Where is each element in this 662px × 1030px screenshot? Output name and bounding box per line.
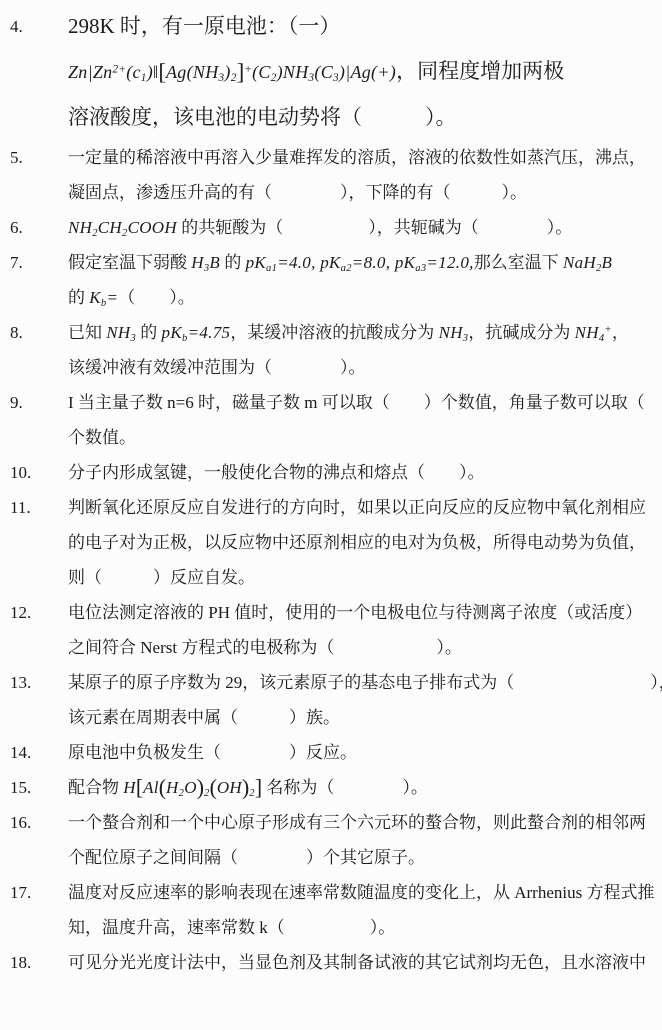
question-text: 电位法测定溶液的 PH 值时，使用的一个电极电位与待测离子浓度（或活度）之间符合… (68, 595, 650, 665)
exam-document: 4. 298K 时，有一原电池：（一）Zn|Zn2+(c1)‖[Ag(NH3)2… (0, 0, 662, 980)
question-line: 原电池中负极发生（ ）反应。 (68, 735, 650, 770)
question-phrase: 一个螯合剂和一个中心原子形成有三个六元环的螯合物，则此螯合剂的相邻两 (68, 813, 646, 832)
question-phrase: 配合物 (68, 778, 123, 797)
question-line: 温度对反应速率的影响表现在速率常数随温度的变化上，从 Arrhenius 方程式… (68, 875, 650, 910)
question-line: 分子内形成氢键，一般使化合物的沸点和熔点（ ）。 (68, 455, 650, 490)
chem-formula: NH3 (106, 323, 136, 342)
question-phrase: 名称为（ ）。 (262, 778, 428, 797)
question-text: 配合物 H[Al(H2O)2(OH)2] 名称为（ ）。 (68, 770, 650, 805)
question-item: 6. NH2CH2COOH 的共轭酸为（ ），共轭碱为（ ）。 (10, 210, 650, 245)
question-text: 原电池中负极发生（ ）反应。 (68, 735, 650, 770)
question-phrase: ，同程度增加两极 (396, 59, 564, 83)
question-item: 14. 原电池中负极发生（ ）反应。 (10, 735, 650, 770)
question-phrase: 的 (68, 288, 89, 307)
question-number: 11. (10, 490, 68, 595)
question-item: 13. 某原子的原子序数为 29，该元素原子的基态电子排布式为（ ），该元素在周… (10, 665, 650, 735)
question-item: 15. 配合物 H[Al(H2O)2(OH)2] 名称为（ ）。 (10, 770, 650, 805)
question-line: 一定量的稀溶液中再溶入少量难挥发的溶质，溶液的依数性如蒸汽压，沸点， (68, 140, 650, 175)
question-phrase: 分子内形成氢键，一般使化合物的沸点和熔点（ ）。 (68, 463, 485, 482)
question-item: 17. 温度对反应速率的影响表现在速率常数随温度的变化上，从 Arrhenius… (10, 875, 650, 945)
question-line: I 当主量子数 n=6 时，磁量子数 m 可以取（ ）个数值，角量子数可以取（ … (68, 385, 650, 420)
question-line: 个配位原子之间间隔（ ）个其它原子。 (68, 840, 650, 875)
question-phrase: 温度对反应速率的影响表现在速率常数随温度的变化上，从 Arrhenius 方程式… (68, 883, 654, 902)
question-phrase: ， (612, 323, 629, 342)
question-phrase: 该元素在周期表中属（ ）族。 (68, 708, 340, 727)
question-line: Zn|Zn2+(c1)‖[Ag(NH3)2]+(C2)NH3(C3)|Ag(+)… (68, 49, 650, 95)
question-item: 10. 分子内形成氢键，一般使化合物的沸点和熔点（ ）。 (10, 455, 650, 490)
question-number: 13. (10, 665, 68, 735)
question-text: 温度对反应速率的影响表现在速率常数随温度的变化上，从 Arrhenius 方程式… (68, 875, 650, 945)
question-line: 电位法测定溶液的 PH 值时，使用的一个电极电位与待测离子浓度（或活度） (68, 595, 650, 630)
question-line: 则（ ）反应自发。 (68, 560, 650, 595)
question-item: 11. 判断氧化还原反应自发进行的方向时，如果以正向反应的反应物中氧化剂相应的电… (10, 490, 650, 595)
question-phrase: 假定室温下弱酸 (68, 253, 191, 272)
question-line: 的电子对为正极，以反应物中还原剂相应的电对为负极，所得电动势为负值， (68, 525, 650, 560)
chem-formula: Zn|Zn2+(c1)‖[Ag(NH3)2]+(C2)NH3(C3)|Ag(+) (68, 62, 396, 82)
question-item: 8. 已知 NH3 的 pKb=4.75，某缓冲溶液的抗酸成分为 NH3，抗碱成… (10, 315, 650, 385)
question-phrase: 298K 时，有一原电池：（一） (68, 14, 340, 38)
question-phrase: ，抗碱成分为 (468, 323, 574, 342)
question-number: 5. (10, 140, 68, 210)
question-number: 8. (10, 315, 68, 385)
question-number: 7. (10, 245, 68, 315)
chem-formula: NH4+ (575, 323, 612, 342)
question-text: NH2CH2COOH 的共轭酸为（ ），共轭碱为（ ）。 (68, 210, 650, 245)
question-list: 4. 298K 时，有一原电池：（一）Zn|Zn2+(c1)‖[Ag(NH3)2… (10, 4, 650, 980)
question-text: 某原子的原子序数为 29，该元素原子的基态电子排布式为（ ），该元素在周期表中属… (68, 665, 650, 735)
question-phrase: 知，温度升高，速率常数 k（ ）。 (68, 918, 395, 937)
question-line: 溶液酸度，该电池的电动势将（ ）。 (68, 95, 650, 140)
question-phrase: 个配位原子之间间隔（ ）个其它原子。 (68, 848, 425, 867)
question-number: 17. (10, 875, 68, 945)
question-line: 假定室温下弱酸 H3B 的 pKa1=4.0, pKa2=8.0, pKa3=1… (68, 245, 650, 280)
question-text: 298K 时，有一原电池：（一）Zn|Zn2+(c1)‖[Ag(NH3)2]+(… (68, 4, 650, 140)
question-phrase: 的 (220, 253, 246, 272)
question-text: 判断氧化还原反应自发进行的方向时，如果以正向反应的反应物中氧化剂相应的电子对为正… (68, 490, 650, 595)
question-line: 知，温度升高，速率常数 k（ ）。 (68, 910, 650, 945)
question-line: 判断氧化还原反应自发进行的方向时，如果以正向反应的反应物中氧化剂相应 (68, 490, 650, 525)
question-phrase: 个数值。 (68, 428, 136, 447)
question-phrase: 之间符合 Nerst 方程式的电极称为（ ）。 (68, 638, 462, 657)
question-line: 配合物 H[Al(H2O)2(OH)2] 名称为（ ）。 (68, 770, 650, 805)
chem-formula: pKb=4.75 (162, 323, 231, 342)
question-line: 凝固点，渗透压升高的有（ ），下降的有（ ）。 (68, 175, 650, 210)
chem-formula: NH3 (439, 323, 469, 342)
question-phrase: 原电池中负极发生（ ）反应。 (68, 743, 357, 762)
question-phrase: 那么室温下 (474, 253, 563, 272)
question-text: 可见分光光度计法中，当显色剂及其制备试液的其它试剂均无色，且水溶液中 (68, 945, 650, 980)
question-item: 16. 一个螯合剂和一个中心原子形成有三个六元环的螯合物，则此螯合剂的相邻两个配… (10, 805, 650, 875)
question-item: 12. 电位法测定溶液的 PH 值时，使用的一个电极电位与待测离子浓度（或活度）… (10, 595, 650, 665)
question-text: 假定室温下弱酸 H3B 的 pKa1=4.0, pKa2=8.0, pKa3=1… (68, 245, 650, 315)
question-text: 已知 NH3 的 pKb=4.75，某缓冲溶液的抗酸成分为 NH3，抗碱成分为 … (68, 315, 650, 385)
question-item: 18. 可见分光光度计法中，当显色剂及其制备试液的其它试剂均无色，且水溶液中 (10, 945, 650, 980)
question-phrase: 的共轭酸为（ ），共轭碱为（ ）。 (177, 218, 572, 237)
question-phrase: 则（ ）反应自发。 (68, 568, 255, 587)
question-line: 可见分光光度计法中，当显色剂及其制备试液的其它试剂均无色，且水溶液中 (68, 945, 650, 980)
question-line: 该缓冲液有效缓冲范围为（ ）。 (68, 350, 650, 385)
question-text: I 当主量子数 n=6 时，磁量子数 m 可以取（ ）个数值，角量子数可以取（ … (68, 385, 650, 455)
question-line: 某原子的原子序数为 29，该元素原子的基态电子排布式为（ ）， (68, 665, 650, 700)
question-line: 之间符合 Nerst 方程式的电极称为（ ）。 (68, 630, 650, 665)
question-phrase: （ ）。 (118, 288, 195, 307)
chem-formula: NH2CH2COOH (68, 218, 177, 237)
question-line: 一个螯合剂和一个中心原子形成有三个六元环的螯合物，则此螯合剂的相邻两 (68, 805, 650, 840)
question-phrase: 判断氧化还原反应自发进行的方向时，如果以正向反应的反应物中氧化剂相应 (68, 498, 646, 517)
question-phrase: 凝固点，渗透压升高的有（ ），下降的有（ ）。 (68, 183, 527, 202)
question-number: 14. (10, 735, 68, 770)
question-number: 16. (10, 805, 68, 875)
question-phrase: 溶液酸度，该电池的电动势将（ ）。 (68, 105, 457, 129)
chem-formula: Kb= (89, 288, 118, 307)
chem-formula: H3B (191, 253, 220, 272)
question-number: 15. (10, 770, 68, 805)
question-number: 12. (10, 595, 68, 665)
question-phrase: 的电子对为正极，以反应物中还原剂相应的电对为负极，所得电动势为负值， (68, 533, 646, 552)
chem-formula: H[Al(H2O)2(OH)2] (123, 778, 262, 797)
question-phrase: 的 (136, 323, 162, 342)
question-phrase: 已知 (68, 323, 106, 342)
question-number: 4. (10, 4, 68, 140)
question-item: 7. 假定室温下弱酸 H3B 的 pKa1=4.0, pKa2=8.0, pKa… (10, 245, 650, 315)
question-number: 6. (10, 210, 68, 245)
question-phrase: 电位法测定溶液的 PH 值时，使用的一个电极电位与待测离子浓度（或活度） (68, 603, 642, 622)
question-line: 已知 NH3 的 pKb=4.75，某缓冲溶液的抗酸成分为 NH3，抗碱成分为 … (68, 315, 650, 350)
question-number: 10. (10, 455, 68, 490)
question-number: 9. (10, 385, 68, 455)
question-text: 一定量的稀溶液中再溶入少量难挥发的溶质，溶液的依数性如蒸汽压，沸点，凝固点，渗透… (68, 140, 650, 210)
question-text: 分子内形成氢键，一般使化合物的沸点和熔点（ ）。 (68, 455, 650, 490)
question-line: 的 Kb=（ ）。 (68, 280, 650, 315)
question-line: 298K 时，有一原电池：（一） (68, 4, 650, 49)
question-phrase: 某原子的原子序数为 29，该元素原子的基态电子排布式为（ ）， (68, 673, 662, 692)
question-number: 18. (10, 945, 68, 980)
question-phrase: 一定量的稀溶液中再溶入少量难挥发的溶质，溶液的依数性如蒸汽压，沸点， (68, 148, 646, 167)
question-text: 一个螯合剂和一个中心原子形成有三个六元环的螯合物，则此螯合剂的相邻两个配位原子之… (68, 805, 650, 875)
question-line: NH2CH2COOH 的共轭酸为（ ），共轭碱为（ ）。 (68, 210, 650, 245)
question-phrase: 该缓冲液有效缓冲范围为（ ）。 (68, 358, 366, 377)
question-line: 个数值。 (68, 420, 650, 455)
question-item: 5. 一定量的稀溶液中再溶入少量难挥发的溶质，溶液的依数性如蒸汽压，沸点，凝固点… (10, 140, 650, 210)
question-phrase: 可见分光光度计法中，当显色剂及其制备试液的其它试剂均无色，且水溶液中 (68, 953, 646, 972)
question-phrase: ，某缓冲溶液的抗酸成分为 (230, 323, 438, 342)
question-phrase: I 当主量子数 n=6 时，磁量子数 m 可以取（ ）个数值，角量子数可以取（ … (68, 393, 662, 412)
chem-formula: NaH2B (563, 253, 612, 272)
question-item: 9. I 当主量子数 n=6 时，磁量子数 m 可以取（ ）个数值，角量子数可以… (10, 385, 650, 455)
question-line: 该元素在周期表中属（ ）族。 (68, 700, 650, 735)
question-item: 4. 298K 时，有一原电池：（一）Zn|Zn2+(c1)‖[Ag(NH3)2… (10, 4, 650, 140)
chem-formula: pKa1=4.0, pKa2=8.0, pKa3=12.0, (246, 253, 474, 272)
